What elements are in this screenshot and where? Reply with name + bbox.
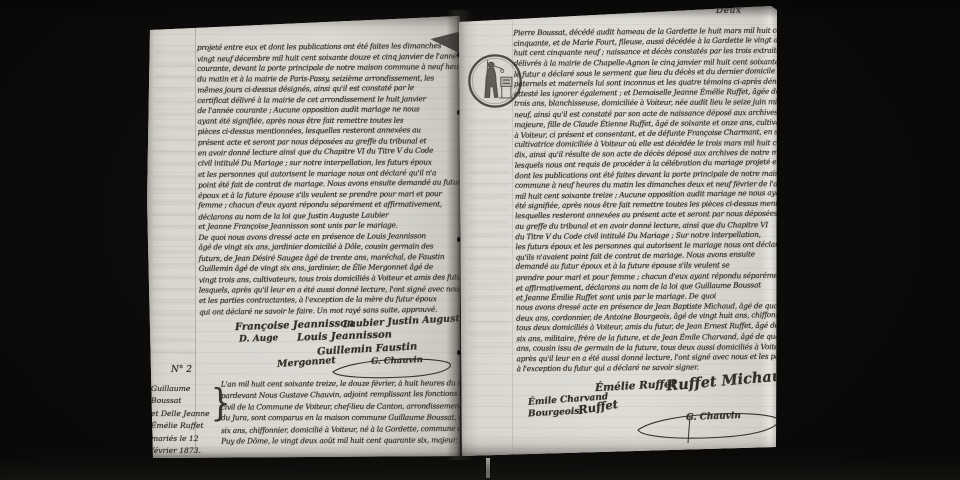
margin-note-line: Guillaume Boussat xyxy=(151,383,217,408)
margin-note-underline xyxy=(151,464,207,465)
margin-note-act-2: N° 2 Guillaume Boussatet Delle JeanneÉmé… xyxy=(151,364,217,465)
act2-text-block: L'an mil huit cent soixante treize, le d… xyxy=(221,377,459,447)
margin-note-line: mariés le 12 février 1873. xyxy=(151,433,217,458)
folio-number: Deux xyxy=(716,6,741,16)
witness-signature: Bourgeois xyxy=(528,407,580,420)
manuscript-line: Puy de Dôme, le vingt deux août mil huit… xyxy=(221,434,459,447)
manuscript-line: ayant été signifiée, après nous être fai… xyxy=(198,115,460,127)
witness-signature: D. Auge xyxy=(239,333,279,344)
officiant-signature-name: G. Chauvin xyxy=(371,355,423,367)
act2-continuation-text-block: Pierre Boussat, décédé audit hameau de l… xyxy=(513,26,776,375)
manuscript-line: âgé de vingt six ans, jardinier domicili… xyxy=(199,242,461,254)
manuscript-line: trois ans, blanchisseuse, domiciliée à V… xyxy=(514,98,774,110)
manuscript-line: au greffe du tribunal et en avoir donné … xyxy=(515,220,775,232)
manuscript-line: civil intitulé Du Mariage ; sur notre in… xyxy=(198,157,460,169)
civil-register-scan: projeté entre eux et dont les publicatio… xyxy=(0,0,960,480)
right-register-page: Deux Pierre Boussat, décédé audit hameau xyxy=(458,4,780,458)
margin-note-line: Émélie Ruffet xyxy=(151,420,217,433)
ink-bleed-through xyxy=(467,114,511,349)
ink-bleed-through xyxy=(151,44,199,355)
manuscript-line: du Jura, sont comparus en la maison comm… xyxy=(221,412,459,424)
signature-flourish-icon xyxy=(628,404,783,444)
manuscript-line: demandé au futur époux et à la future ép… xyxy=(516,261,776,273)
manuscript-line: six ans, chiffonnier, domicilié à Voiteu… xyxy=(221,422,459,436)
officiant-signature: G. Chauvin xyxy=(628,404,783,444)
margin-note-line: et Delle Jeanne xyxy=(151,408,217,421)
act1-text-block: projeté entre eux et dont les publicatio… xyxy=(197,41,461,317)
manuscript-line: ans, cousin issu de germain de la future… xyxy=(516,342,776,354)
officiant-signature-name: G. Chauvin xyxy=(686,411,741,423)
left-register-page: projeté entre eux et dont les publicatio… xyxy=(145,14,460,460)
page-edge-marker xyxy=(486,458,490,478)
manuscript-line: cultivatrice domiciliée à Voiteur où ell… xyxy=(514,138,774,150)
witness-signature: Louis Jeannisson xyxy=(297,329,392,343)
officiant-signature: G. Chauvin xyxy=(325,350,455,380)
manuscript-line: lesquels, après qu'il leur en a été auss… xyxy=(199,284,461,296)
act-number: N° 2 xyxy=(171,364,217,377)
